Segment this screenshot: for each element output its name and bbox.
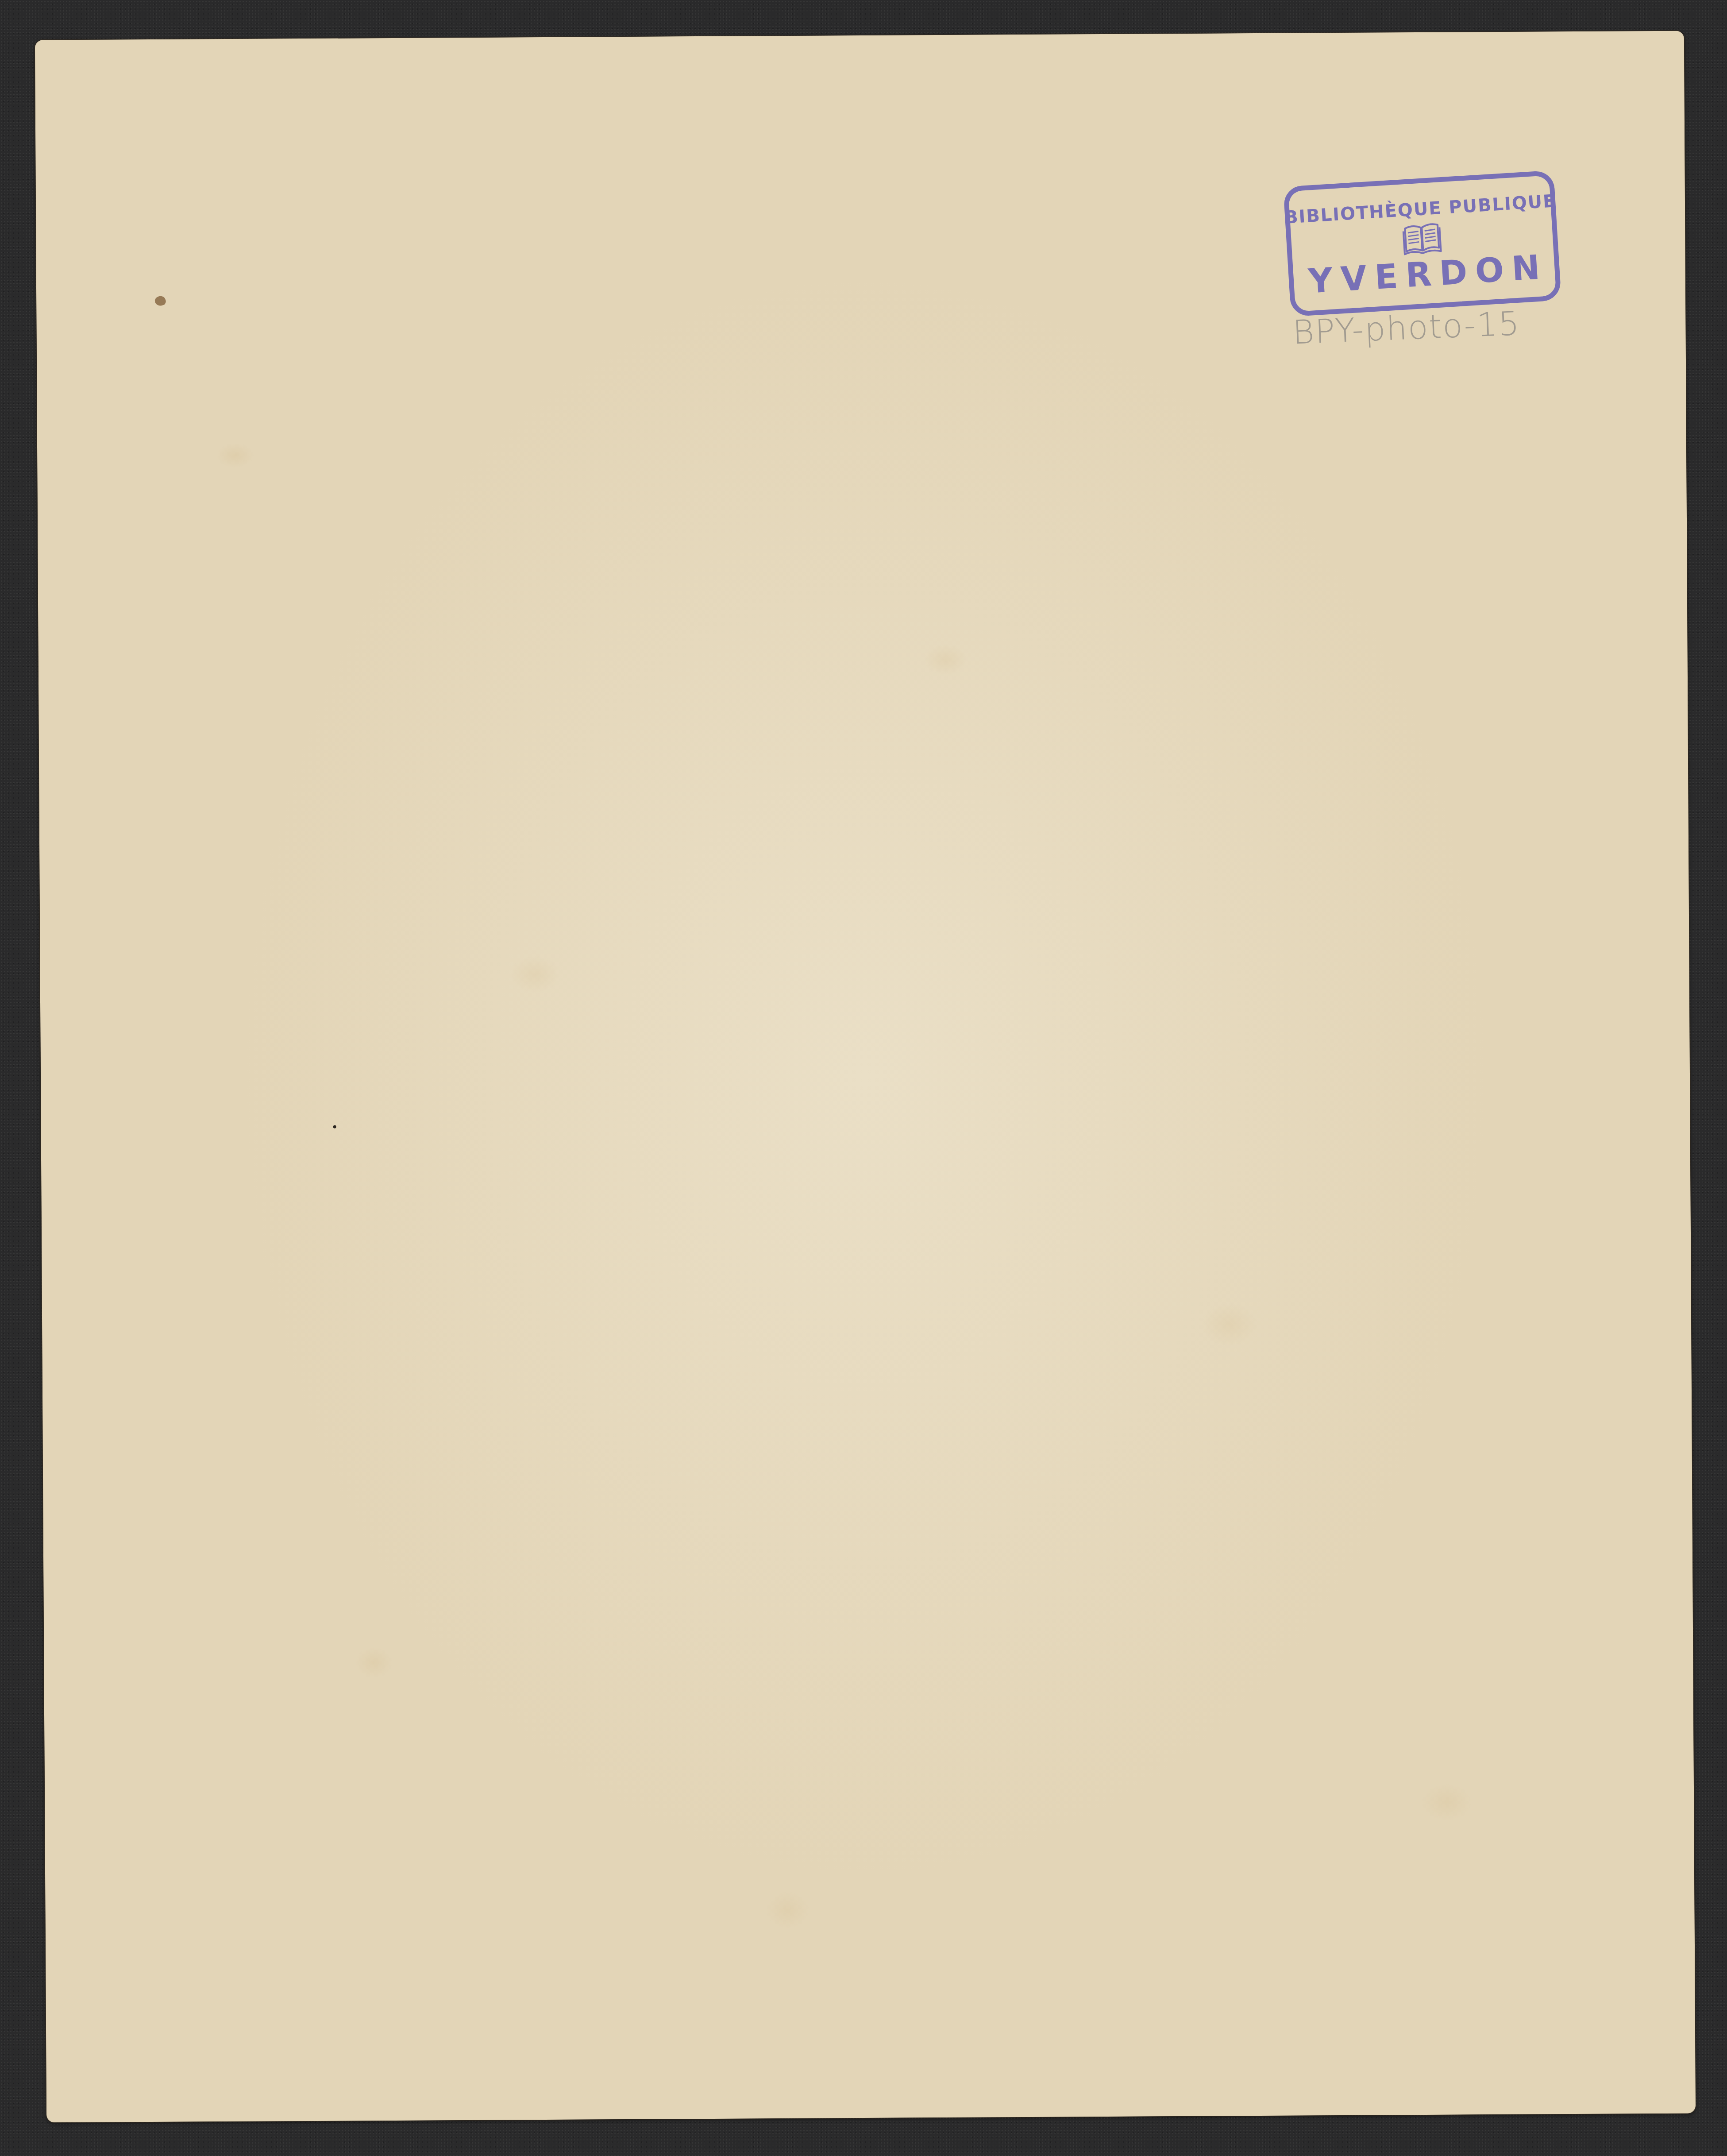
open-book-icon xyxy=(1401,220,1443,257)
brown-speck xyxy=(154,294,167,307)
stamp-city: YVERDON xyxy=(1299,250,1549,299)
library-stamp: BIBLIOTHÈQUE PUBLIQUE YVERDON xyxy=(1283,170,1561,317)
photo-back-sheet: BIBLIOTHÈQUE PUBLIQUE YVERDON BPY-photo-… xyxy=(35,31,1696,2123)
dark-dot xyxy=(333,1125,336,1128)
